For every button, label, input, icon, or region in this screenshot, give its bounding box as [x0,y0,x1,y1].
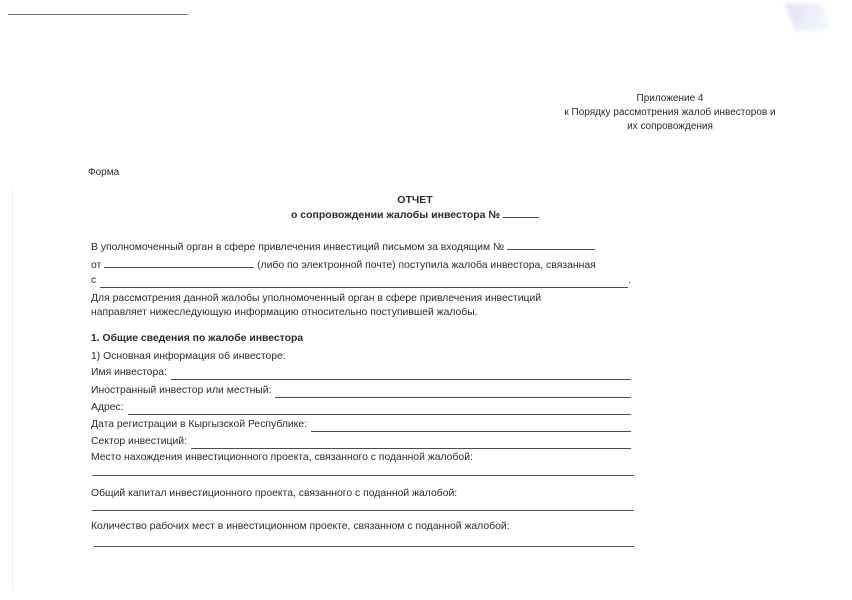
project-capital-input[interactable] [92,510,634,511]
section-1-subheading: 1) Основная информация об инвесторе: [91,350,631,364]
field-label: Иностранный инвестор или местный: [91,384,271,398]
investment-sector-input[interactable] [191,438,631,449]
investor-name-input[interactable] [171,369,631,380]
field-label: Сектор инвестиций: [91,435,187,449]
project-jobs-input[interactable] [94,546,634,547]
field-investor-name: Имя инвестора: [91,366,631,380]
field-address: Адрес: [91,401,631,415]
project-location-input[interactable] [92,475,634,476]
field-label: Адрес: [91,401,124,415]
incoming-date-field[interactable] [104,258,254,268]
intro-line-1: В уполномоченный орган в сфере привлечен… [91,240,631,255]
report-number-field[interactable] [503,208,539,218]
incoming-number-field[interactable] [507,240,595,250]
investor-type-input[interactable] [275,387,631,398]
complaint-subject-field[interactable] [100,277,628,288]
appendix-header: Приложение 4 к Порядку рассмотрения жало… [520,92,820,134]
appendix-reference: к Порядку рассмотрения жалоб инвесторов … [520,106,820,120]
scan-artifact-smudge [785,4,830,30]
field-label: Дата регистрации в Кыргызской Республике… [91,418,307,432]
registration-date-input[interactable] [311,421,631,432]
field-label: Имя инвестора: [91,366,167,380]
report-title-main: ОТЧЕТ [250,193,580,208]
field-investor-type: Иностранный инвестор или местный: [91,384,631,398]
intro-line-3: с . [91,274,631,288]
intro-para-2: Для рассмотрения данной жалобы уполномоч… [91,292,631,320]
report-title-sub: о сопровождении жалобы инвестора № [250,208,580,223]
scan-artifact-top-rule [8,14,188,15]
appendix-number: Приложение 4 [520,92,820,106]
field-investment-sector: Сектор инвестиций: [91,435,631,449]
project-capital-label: Общий капитал инвестиционного проекта, с… [91,487,631,501]
field-registration-date: Дата регистрации в Кыргызской Республике… [91,418,631,432]
scan-artifact-left-edge [12,190,13,590]
address-input[interactable] [128,404,631,415]
section-1-heading: 1. Общие сведения по жалобе инвестора [91,332,631,346]
intro-line-2: от (либо по электронной почте) поступила… [91,258,631,273]
appendix-reference-cont: их сопровождения [520,120,820,134]
project-jobs-label: Количество рабочих мест в инвестиционном… [91,520,631,534]
form-label: Форма [88,167,119,178]
report-title: ОТЧЕТ о сопровождении жалобы инвестора № [250,193,580,223]
project-location-label: Место нахождения инвестиционного проекта… [91,451,631,465]
